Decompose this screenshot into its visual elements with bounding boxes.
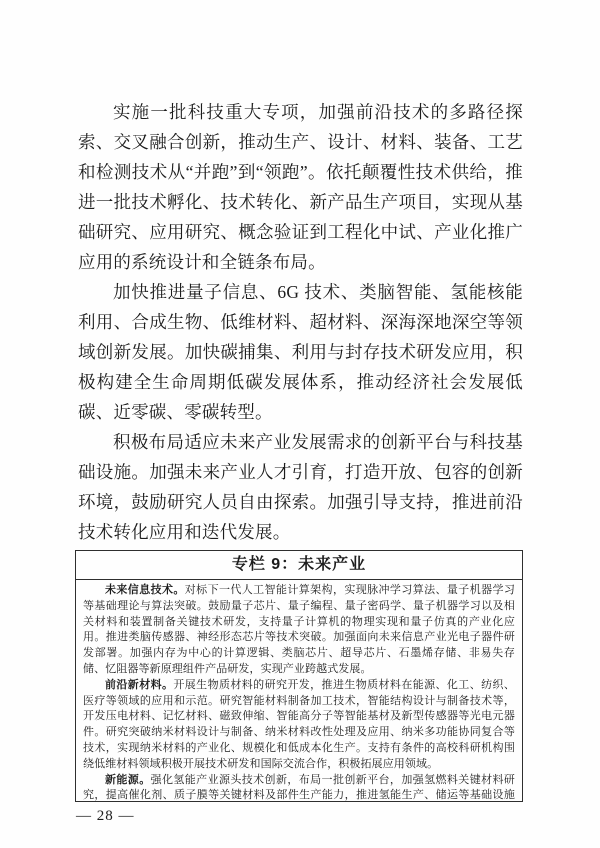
column-box-body: 未来信息技术。对标下一代人工智能计算架构，实现脉冲学习算法、量子机器学习等基础理… xyxy=(76,580,522,801)
body-paragraph-3: 积极布局适应未来产业发展需求的创新平台与科技基础设施。加强未来产业人才引育，打造… xyxy=(78,427,523,547)
box-section-text: 对标下一代人工智能计算架构，实现脉冲学习算法、量子机器学习等基础理论与算法突破。… xyxy=(83,584,515,675)
box-section-lead: 新能源。 xyxy=(105,774,151,786)
document-page: 实施一批科技重大专项，加强前沿技术的多路径探索、交叉融合创新，推动生产、设计、材… xyxy=(0,0,600,848)
column-box-future-industries: 专栏 9：未来产业 未来信息技术。对标下一代人工智能计算架构，实现脉冲学习算法、… xyxy=(75,550,523,802)
box-section-future-info-tech: 未来信息技术。对标下一代人工智能计算架构，实现脉冲学习算法、量子机器学习等基础理… xyxy=(83,583,515,678)
body-paragraph-1: 实施一批科技重大专项，加强前沿技术的多路径探索、交叉融合创新，推动生产、设计、材… xyxy=(78,97,523,277)
page-number: — 28 — xyxy=(76,807,523,825)
column-box-title: 专栏 9：未来产业 xyxy=(76,551,522,580)
body-paragraph-2: 加快推进量子信息、6G 技术、类脑智能、氢能核能利用、合成生物、低维材料、超材料… xyxy=(78,277,523,427)
page-content: 实施一批科技重大专项，加强前沿技术的多路径探索、交叉融合创新，推动生产、设计、材… xyxy=(78,97,523,825)
box-section-new-energy: 新能源。强化氢能产业源头技术创新，布局一批创新平台，加强氢燃料关键材料研究，提高… xyxy=(83,773,515,801)
box-section-lead: 未来信息技术。 xyxy=(105,584,185,596)
box-section-lead: 前沿新材料。 xyxy=(105,679,173,691)
box-section-text: 开展生物质材料的研究开发，推进生物质材料在能源、化工、纺织、医疗等领域的应用和示… xyxy=(83,679,515,770)
box-section-new-materials: 前沿新材料。开展生物质材料的研究开发，推进生物质材料在能源、化工、纺织、医疗等领… xyxy=(83,678,515,773)
